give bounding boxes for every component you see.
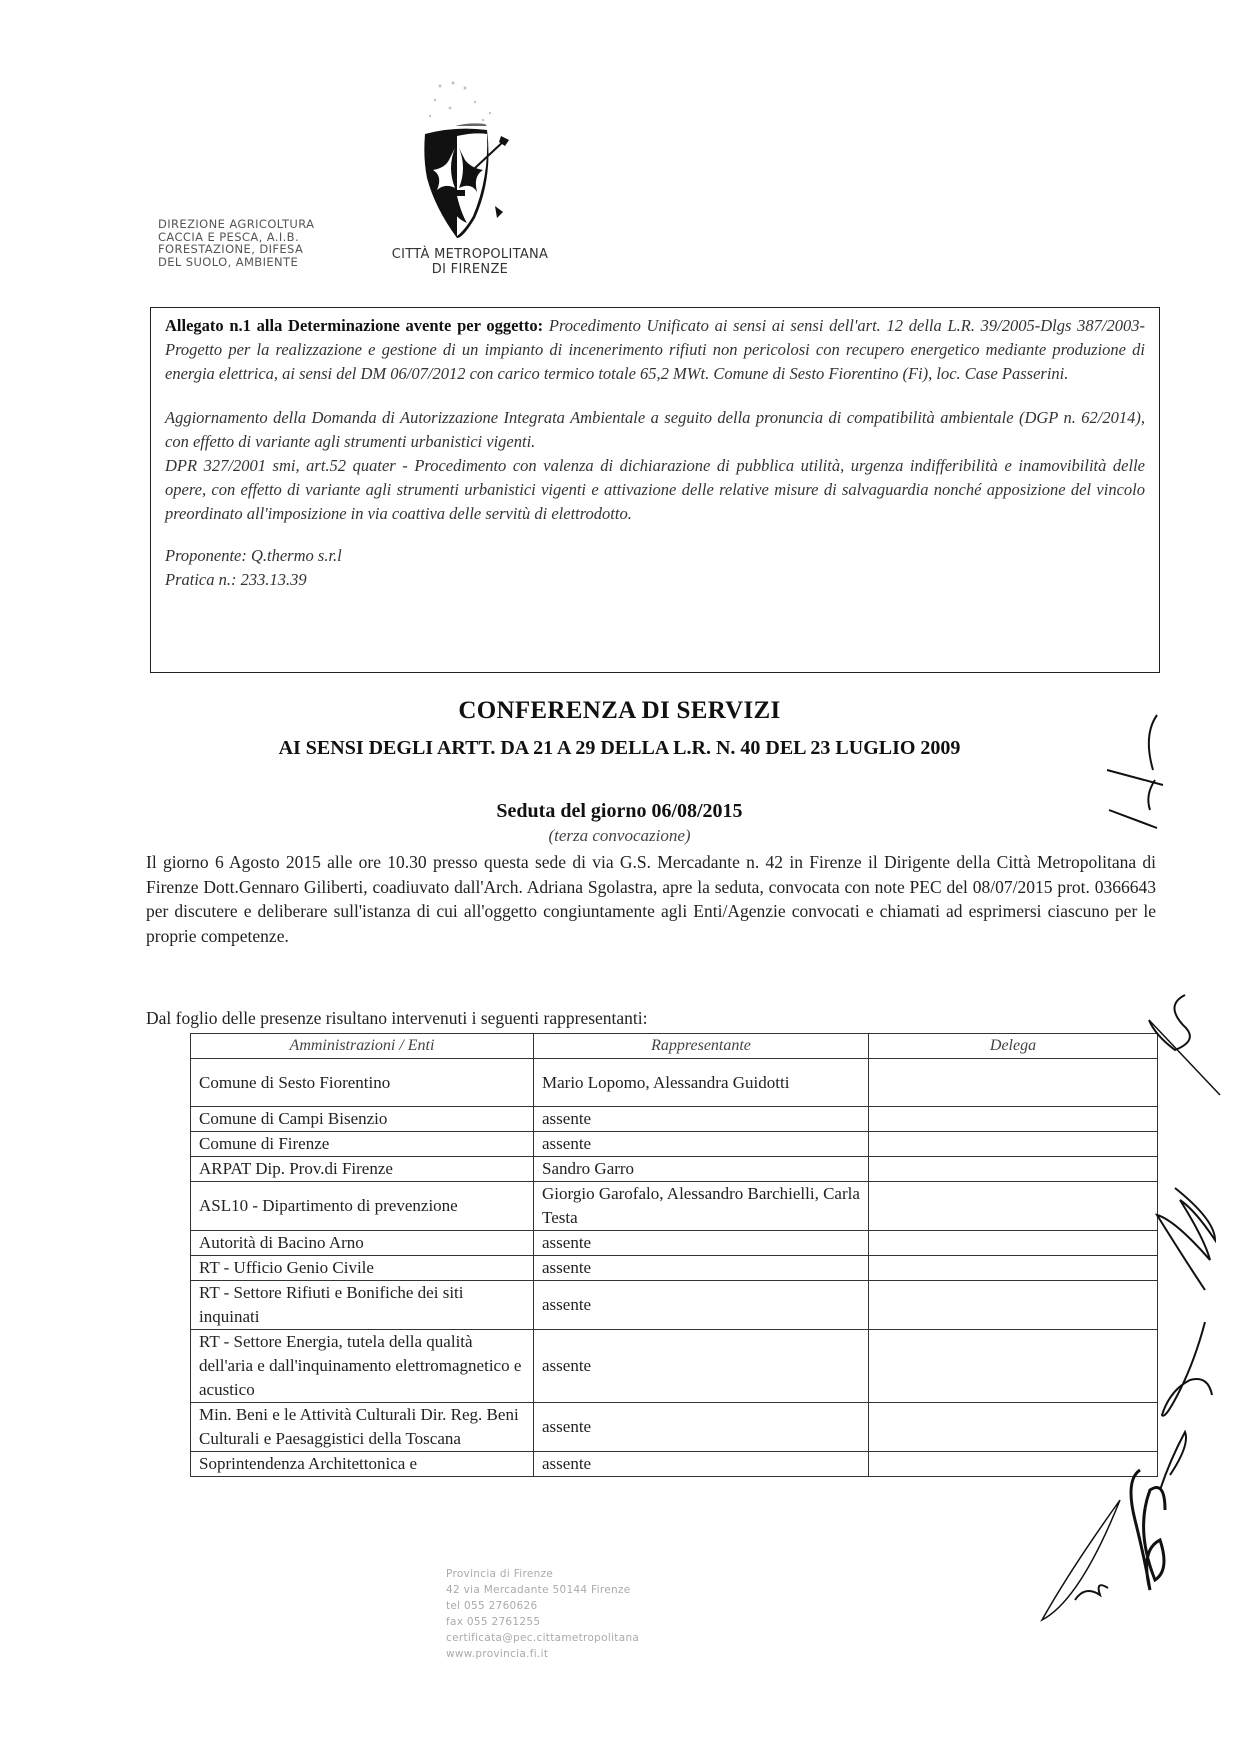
cell-ente: Comune di Firenze	[191, 1132, 534, 1157]
subject-paragraph: Allegato n.1 alla Determinazione avente …	[165, 314, 1145, 386]
table-row: RT - Ufficio Genio Civile assente	[191, 1256, 1158, 1281]
column-header-delega: Delega	[869, 1034, 1158, 1059]
table-row: Autorità di Bacino Arno assente	[191, 1231, 1158, 1256]
cell-rappresentante: assente	[534, 1281, 869, 1330]
signature-5-icon	[1040, 1430, 1210, 1635]
session-date: Seduta del giorno 06/08/2015	[0, 800, 1239, 823]
cell-ente: Autorità di Bacino Arno	[191, 1231, 534, 1256]
department-name: DIREZIONE AGRICOLTURA CACCIA E PESCA, A.…	[158, 218, 333, 268]
footer-line: certificata@pec.cittametropolitana	[446, 1630, 639, 1646]
table-header-row: Amministrazioni / Enti Rappresentante De…	[191, 1034, 1158, 1059]
cell-rappresentante: Mario Lopomo, Alessandra Guidotti	[534, 1059, 869, 1107]
cell-ente: Min. Beni e le Attività Culturali Dir. R…	[191, 1403, 534, 1452]
signature-4-icon	[1160, 1320, 1220, 1435]
cell-rappresentante: Giorgio Garofalo, Alessandro Barchielli,…	[534, 1182, 869, 1231]
cell-rappresentante: assente	[534, 1330, 869, 1403]
cell-ente: Comune di Sesto Fiorentino	[191, 1059, 534, 1107]
column-header-ente: Amministrazioni / Enti	[191, 1034, 534, 1059]
department-line: DEL SUOLO, AMBIENTE	[158, 256, 333, 269]
document-subtitle: AI SENSI DEGLI ARTT. DA 21 A 29 DELLA L.…	[0, 737, 1239, 760]
cell-delega	[869, 1281, 1158, 1330]
aia-update-paragraph: Aggiornamento della Domanda di Autorizza…	[165, 406, 1145, 454]
cell-ente: ARPAT Dip. Prov.di Firenze	[191, 1157, 534, 1182]
cell-ente: ASL10 - Dipartimento di prevenzione	[191, 1182, 534, 1231]
document-title: CONFERENZA DI SERVIZI	[0, 697, 1239, 725]
signature-1-icon	[1105, 710, 1165, 835]
table-row: RT - Settore Rifiuti e Bonifiche dei sit…	[191, 1281, 1158, 1330]
footer-line: tel 055 2760626	[446, 1598, 639, 1614]
subject-lead: Allegato n.1 alla Determinazione avente …	[165, 316, 543, 335]
convocation-note: (terza convocazione)	[0, 826, 1239, 846]
signature-2-icon	[1145, 990, 1225, 1105]
table-row: Comune di Campi Bisenzio assente	[191, 1107, 1158, 1132]
representatives-table: Amministrazioni / Enti Rappresentante De…	[190, 1033, 1158, 1477]
footer-line: www.provincia.fi.it	[446, 1646, 639, 1662]
cell-rappresentante: Sandro Garro	[534, 1157, 869, 1182]
city-name: CITTÀ METROPOLITANA DI FIRENZE	[385, 247, 555, 277]
cell-delega	[869, 1231, 1158, 1256]
pratica-number: Pratica n.: 233.13.39	[165, 568, 1145, 592]
cell-delega	[869, 1107, 1158, 1132]
cell-rappresentante: assente	[534, 1403, 869, 1452]
opening-paragraph: Il giorno 6 Agosto 2015 alle ore 10.30 p…	[146, 850, 1156, 948]
cell-ente: RT - Ufficio Genio Civile	[191, 1256, 534, 1281]
table-row: ASL10 - Dipartimento di prevenzione Gior…	[191, 1182, 1158, 1231]
table-row: Comune di Firenze assente	[191, 1132, 1158, 1157]
cell-delega	[869, 1059, 1158, 1107]
column-header-rappresentante: Rappresentante	[534, 1034, 869, 1059]
table-row: RT - Settore Energia, tutela della quali…	[191, 1330, 1158, 1403]
city-name-line: CITTÀ METROPOLITANA	[385, 247, 555, 262]
city-name-line: DI FIRENZE	[385, 262, 555, 277]
cell-ente: RT - Settore Rifiuti e Bonifiche dei sit…	[191, 1281, 534, 1330]
signature-3-icon	[1155, 1180, 1225, 1335]
florentine-lily-shield-icon	[415, 78, 527, 243]
cell-rappresentante: assente	[534, 1452, 869, 1477]
footer-line: Provincia di Firenze	[446, 1566, 639, 1582]
cell-ente: RT - Settore Energia, tutela della quali…	[191, 1330, 534, 1403]
cell-rappresentante: assente	[534, 1107, 869, 1132]
cell-rappresentante: assente	[534, 1256, 869, 1281]
subject-box: Allegato n.1 alla Determinazione avente …	[150, 307, 1160, 673]
footer-line: fax 055 2761255	[446, 1614, 639, 1630]
table-row: Min. Beni e le Attività Culturali Dir. R…	[191, 1403, 1158, 1452]
cell-delega	[869, 1132, 1158, 1157]
footer-address: Provincia di Firenze 42 via Mercadante 5…	[446, 1566, 639, 1662]
cell-delega	[869, 1182, 1158, 1231]
footer-line: 42 via Mercadante 50144 Firenze	[446, 1582, 639, 1598]
table-intro: Dal foglio delle presenze risultano inte…	[146, 1008, 648, 1029]
department-line: DIREZIONE AGRICOLTURA	[158, 218, 333, 231]
cell-delega	[869, 1330, 1158, 1403]
table-row: ARPAT Dip. Prov.di Firenze Sandro Garro	[191, 1157, 1158, 1182]
department-line: FORESTAZIONE, DIFESA	[158, 243, 333, 256]
cell-ente: Soprintendenza Architettonica e	[191, 1452, 534, 1477]
cell-delega	[869, 1256, 1158, 1281]
cell-delega	[869, 1157, 1158, 1182]
cell-rappresentante: assente	[534, 1132, 869, 1157]
dpr-paragraph: DPR 327/2001 smi, art.52 quater - Proced…	[165, 454, 1145, 526]
proponente: Proponente: Q.thermo s.r.l	[165, 544, 1145, 568]
cell-ente: Comune di Campi Bisenzio	[191, 1107, 534, 1132]
cell-rappresentante: assente	[534, 1231, 869, 1256]
table-row: Soprintendenza Architettonica e assente	[191, 1452, 1158, 1477]
table-row: Comune di Sesto Fiorentino Mario Lopomo,…	[191, 1059, 1158, 1107]
